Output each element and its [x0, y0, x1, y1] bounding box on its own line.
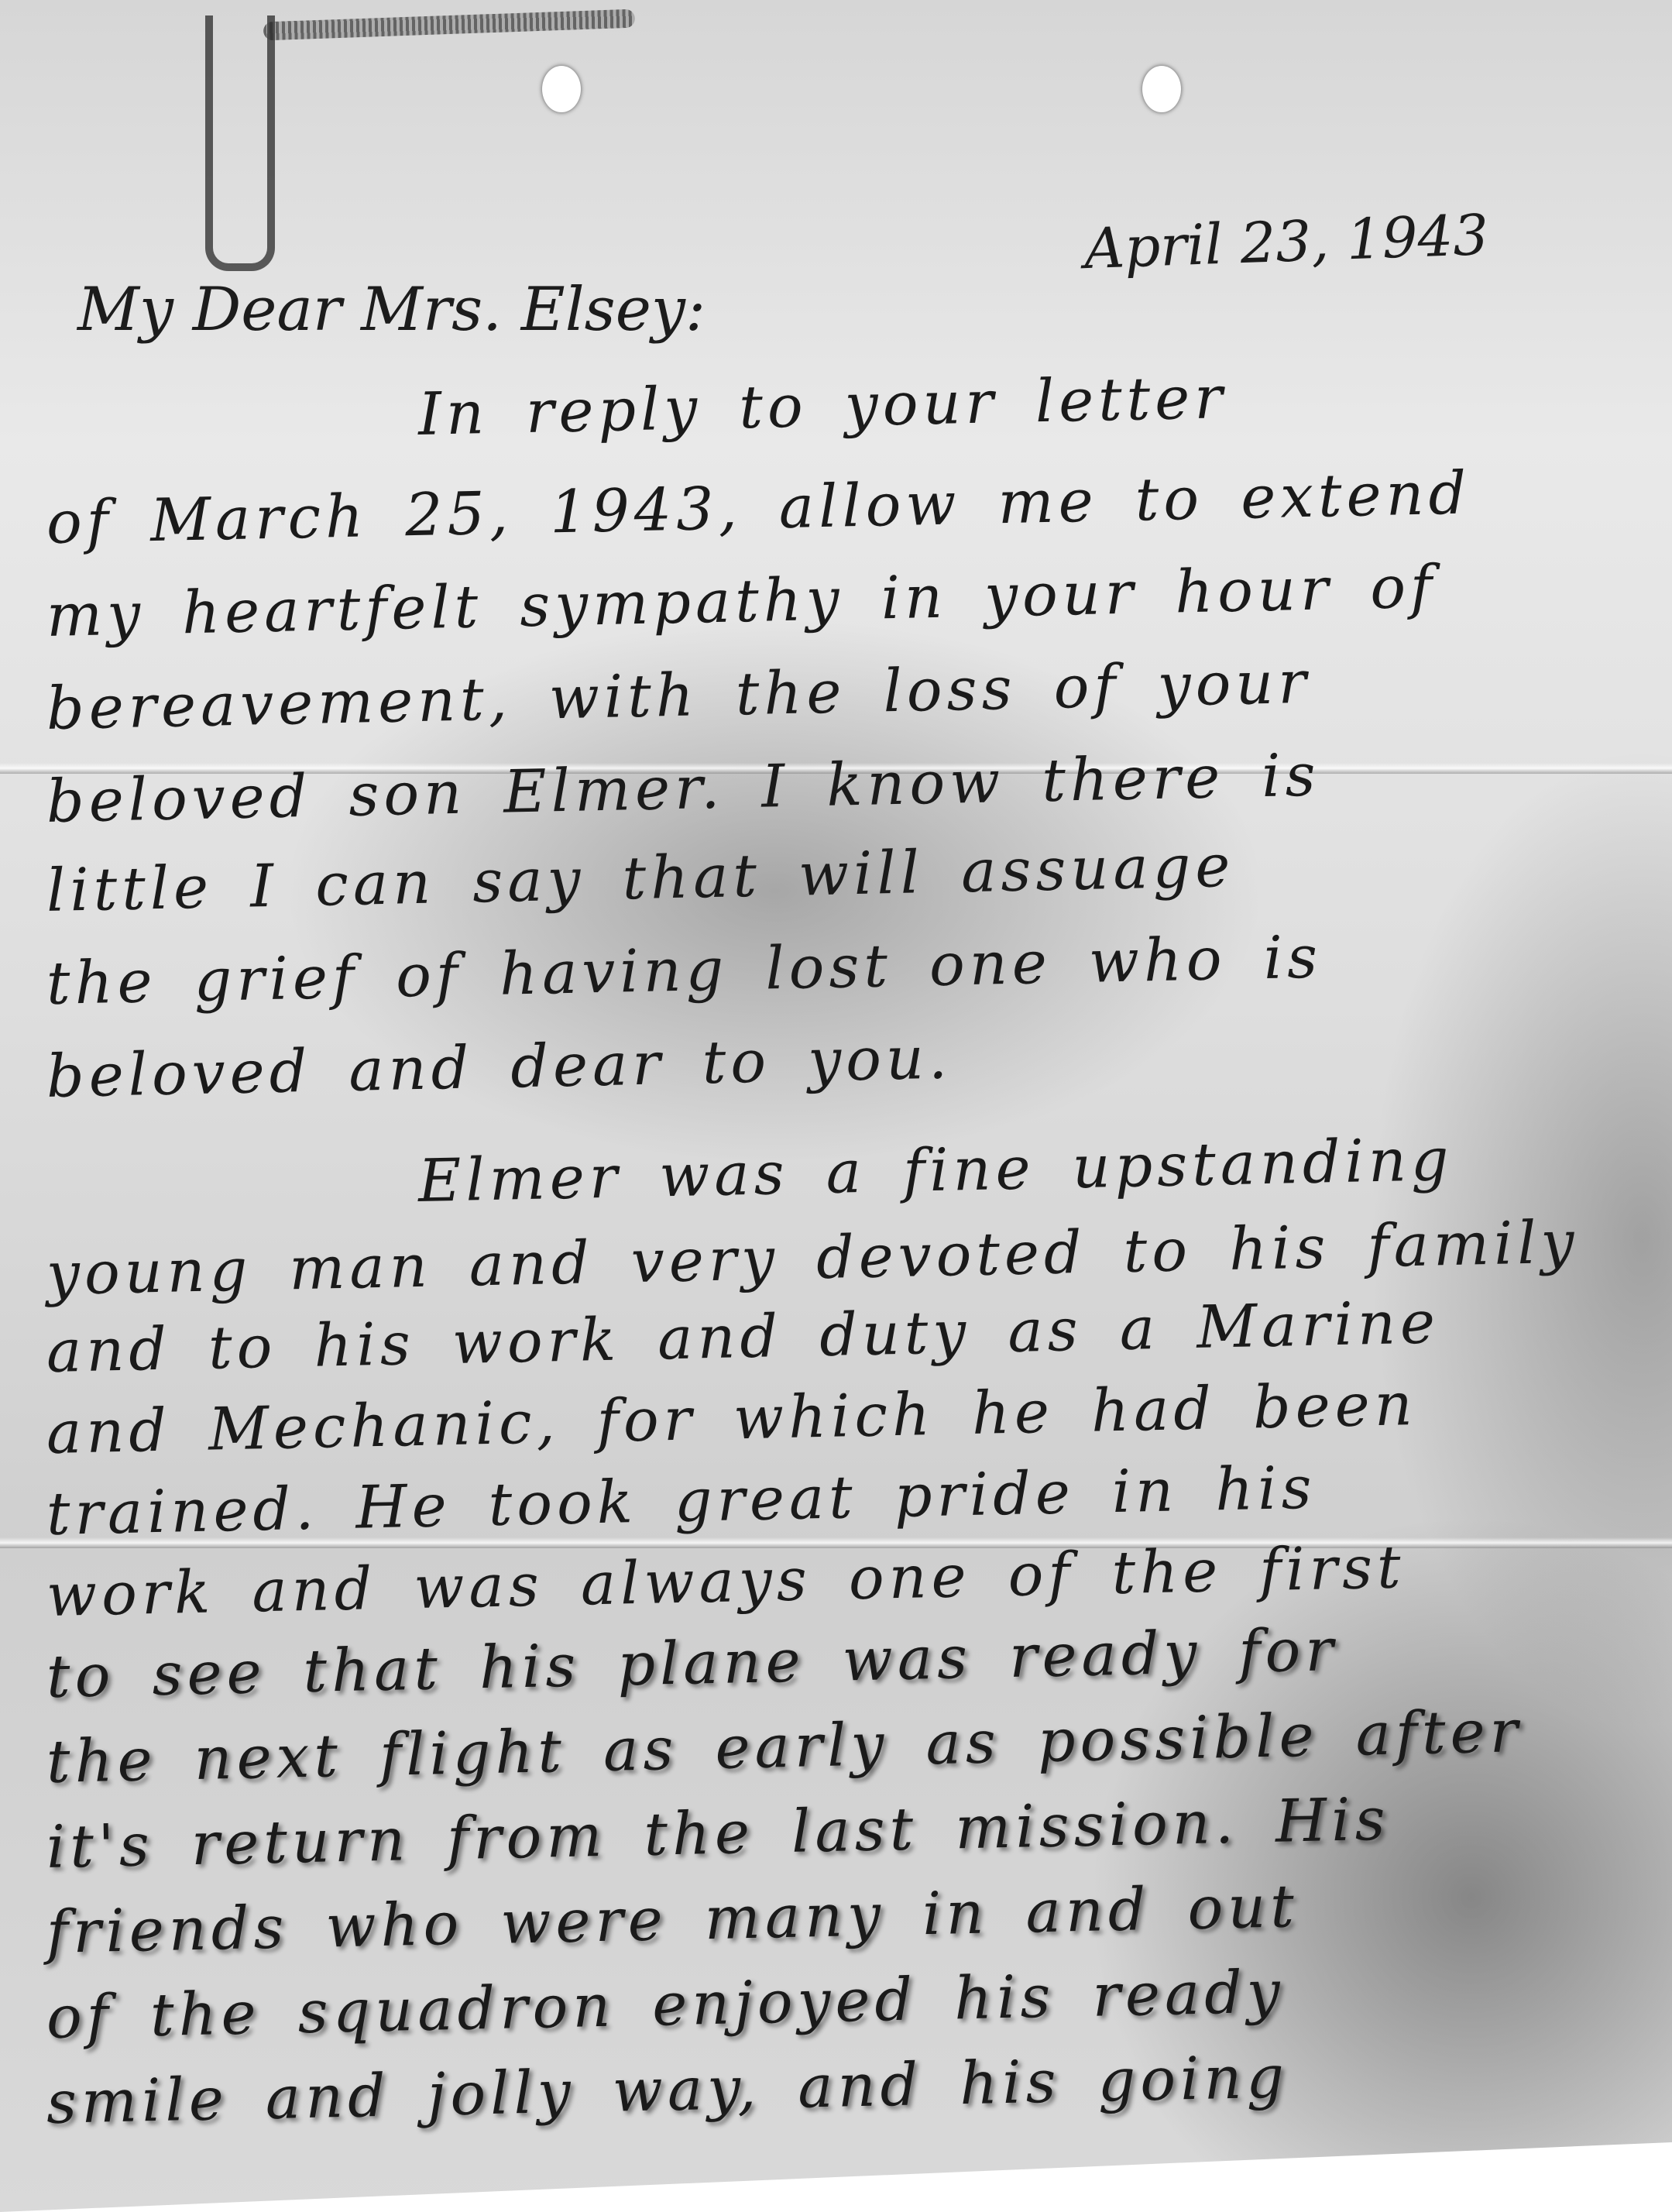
punch-hole-right [1142, 66, 1181, 112]
punch-hole-left [542, 66, 581, 112]
letter-line: beloved son Elmer. I know there is [46, 733, 1642, 836]
letter-salutation: My Dear Mrs. Elsey: [77, 275, 706, 345]
letter-page: April 23, 1943 My Dear Mrs. Elsey: In re… [0, 0, 1672, 2212]
letter-line: of March 25, 1943, allow me to extend [46, 455, 1642, 557]
letter-date: April 23, 1943 [1083, 202, 1490, 281]
letter-line: beloved and dear to you. [46, 1008, 1642, 1111]
letter-line: bereavement, with the loss of your [46, 641, 1642, 743]
letter-line: it's return from the last mission. His [46, 1779, 1642, 1881]
letter-line: smile and jolly way, and his going [46, 2035, 1642, 2137]
letter-line: the next flight as early as possible aft… [46, 1694, 1642, 1796]
letter-line: In reply to your letter [46, 354, 1642, 456]
paper-clip-wire [263, 9, 636, 41]
letter-line: my heartfelt sympathy in your hour of [46, 548, 1642, 650]
letter-line: little I can say that will assuage [46, 823, 1642, 925]
paper-clip-mark [205, 15, 275, 271]
letter-line: friends who were many in and out [46, 1864, 1642, 1966]
letter-line: the grief of having lost one who is [46, 915, 1642, 1018]
page-bottom-edge [0, 2142, 1672, 2212]
letter-line: Elmer was a fine upstanding [46, 1121, 1642, 1223]
letter-line: of the squadron enjoyed his ready [46, 1949, 1642, 2052]
